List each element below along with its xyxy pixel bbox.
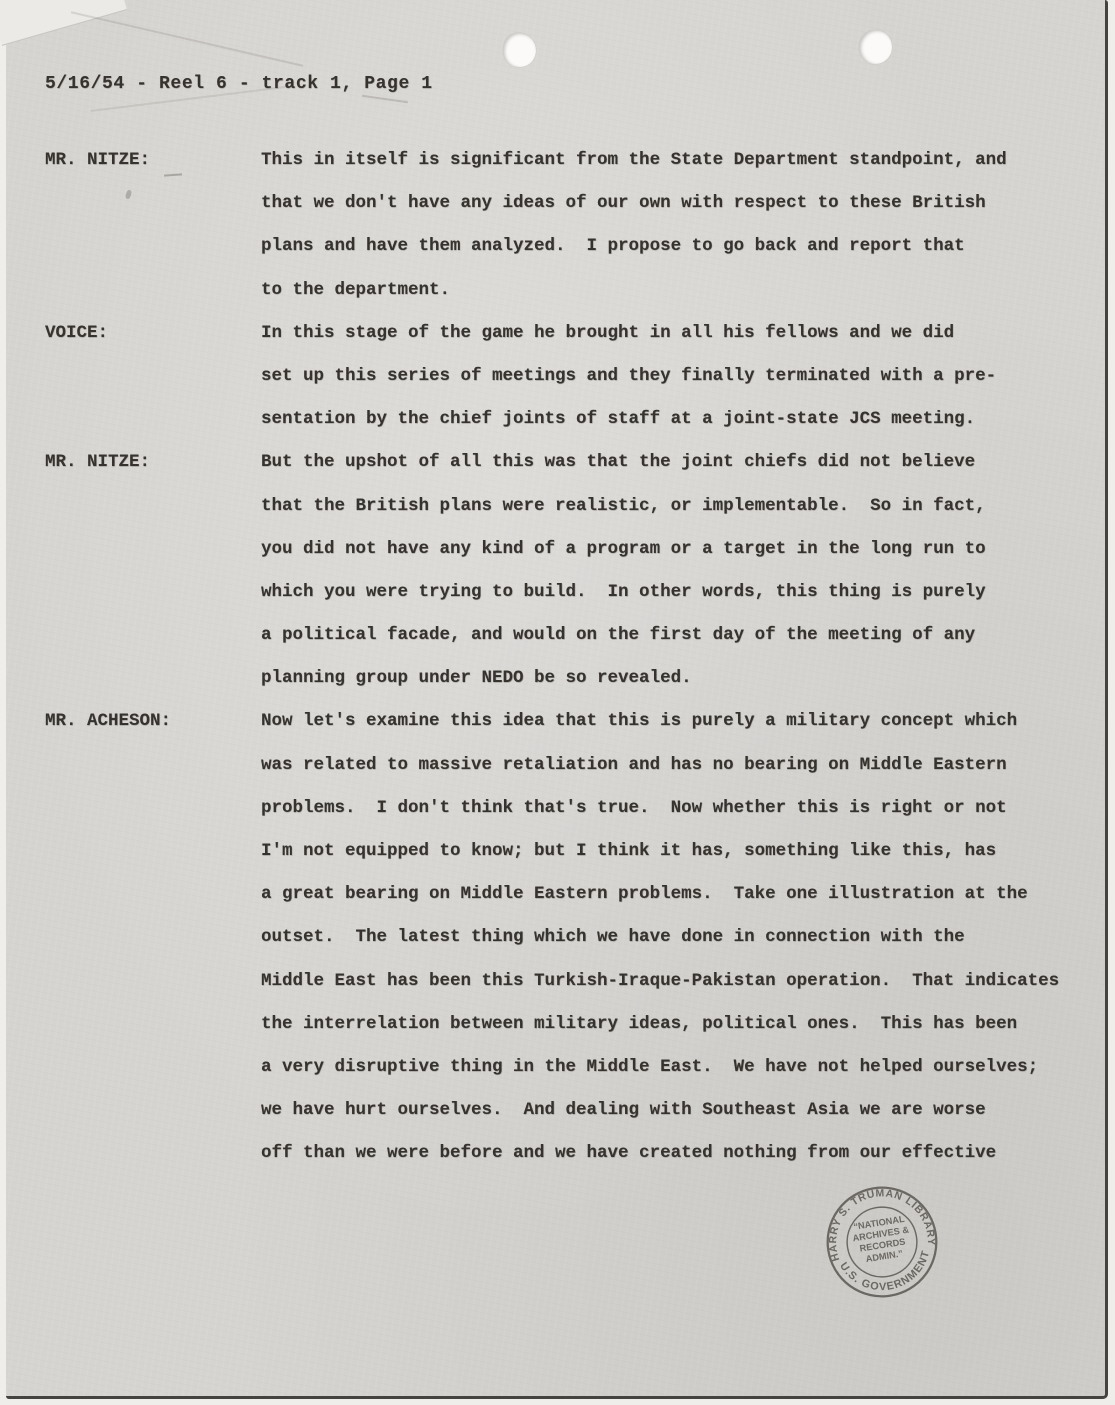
transcript-paragraph: MR. NITZE: But the upshot of all this wa…	[45, 452, 1075, 711]
transcript-line: Middle East has been this Turkish-Iraque…	[261, 971, 1075, 1014]
transcript-line: was related to massive retaliation and h…	[261, 755, 1075, 798]
transcript-line: This in itself is significant from the S…	[261, 150, 1075, 193]
transcript-line: that the British plans were realistic, o…	[261, 496, 1075, 539]
transcript-line: we have hurt ourselves. And dealing with…	[261, 1100, 1075, 1143]
transcript-paragraph: VOICE: In this stage of the game he brou…	[45, 323, 1075, 453]
speaker-label: VOICE:	[45, 323, 108, 366]
archive-stamp-icon: HARRY S. TRUMAN LIBRARY U.S. GOVERNMENT …	[788, 1148, 976, 1336]
corner-fold	[0, 0, 127, 46]
transcript-paragraph: MR. ACHESON: Now let's examine this idea…	[45, 711, 1075, 1186]
archive-stamp: HARRY S. TRUMAN LIBRARY U.S. GOVERNMENT …	[788, 1148, 976, 1336]
paragraph-lines: This in itself is significant from the S…	[261, 150, 1075, 323]
transcript-line: set up this series of meetings and they …	[261, 366, 1075, 409]
transcript-line: the interrelation between military ideas…	[261, 1014, 1075, 1057]
transcript-line: planning group under NEDO be so revealed…	[261, 668, 1075, 711]
paragraph-lines: In this stage of the game he brought in …	[261, 323, 1075, 453]
paper-sheet: 5/16/54 - Reel 6 - track 1, Page 1 MR. N…	[6, 0, 1108, 1399]
transcript-line: a political facade, and would on the fir…	[261, 625, 1075, 668]
paper-crease	[362, 95, 408, 103]
speaker-label: MR. NITZE:	[45, 150, 150, 193]
transcript-line: a very disruptive thing in the Middle Ea…	[261, 1057, 1075, 1100]
transcript-line: outset. The latest thing which we have d…	[261, 927, 1075, 970]
paragraph-lines: Now let's examine this idea that this is…	[261, 711, 1075, 1186]
speaker-label: MR. ACHESON:	[45, 711, 171, 754]
transcript-line: that we don't have any ideas of our own …	[261, 193, 1075, 236]
transcript-line: to the department.	[261, 280, 1075, 323]
transcript-line: problems. I don't think that's true. Now…	[261, 798, 1075, 841]
transcript-line: I'm not equipped to know; but I think it…	[261, 841, 1075, 884]
transcript: MR. NITZE: This in itself is significant…	[45, 150, 1075, 1187]
transcript-line: which you were trying to build. In other…	[261, 582, 1075, 625]
transcript-line: you did not have any kind of a program o…	[261, 539, 1075, 582]
paragraph-lines: But the upshot of all this was that the …	[261, 452, 1075, 711]
transcript-line: Now let's examine this idea that this is…	[261, 711, 1075, 754]
speaker-label: MR. NITZE:	[45, 452, 150, 495]
punch-hole-left	[501, 31, 538, 69]
transcript-line: plans and have them analyzed. I propose …	[261, 236, 1075, 279]
page-header: 5/16/54 - Reel 6 - track 1, Page 1	[45, 74, 433, 94]
transcript-line: In this stage of the game he brought in …	[261, 323, 1075, 366]
scanned-document-page: { "document": { "header": "5/16/54 - Ree…	[0, 0, 1115, 1405]
punch-hole-right	[859, 30, 892, 64]
transcript-paragraph: MR. NITZE: This in itself is significant…	[45, 150, 1075, 323]
paper-crease	[71, 11, 303, 66]
transcript-line: But the upshot of all this was that the …	[261, 452, 1075, 495]
transcript-line: sentation by the chief joints of staff a…	[261, 409, 1075, 452]
transcript-line: a great bearing on Middle Eastern proble…	[261, 884, 1075, 927]
